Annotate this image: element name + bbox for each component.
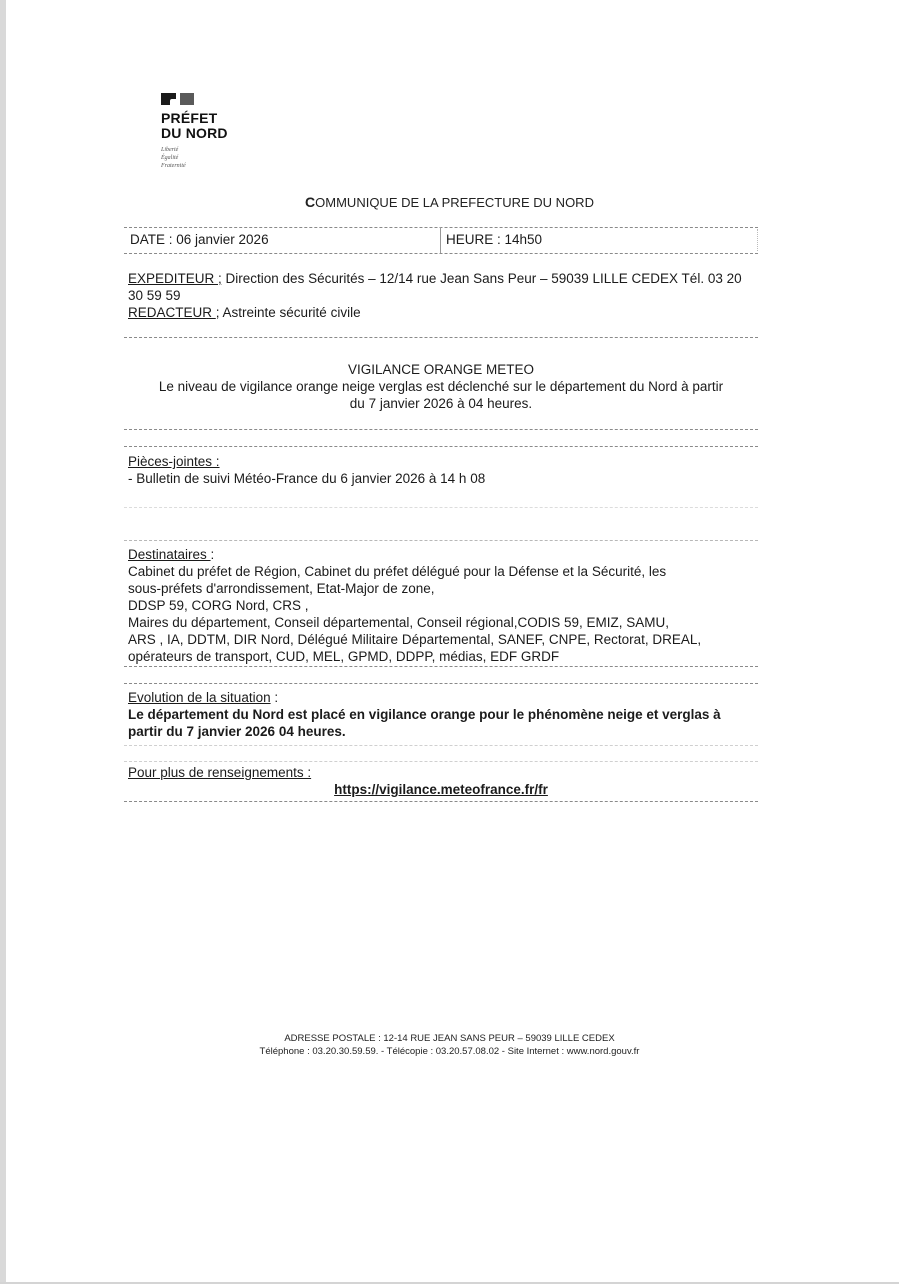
evolution-text-1: Le département du Nord est placé en vigi…	[128, 706, 721, 723]
divider	[124, 446, 758, 447]
footer-contact: Téléphone : 03.20.30.59.59. - Télécopie …	[0, 1045, 899, 1058]
recipients-line: ARS , IA, DDTM, DIR Nord, Délégué Milita…	[128, 631, 701, 648]
divider	[124, 801, 758, 802]
more-info-label: Pour plus de renseignements :	[128, 764, 311, 781]
date-time-table: DATE : 06 janvier 2026 HEURE : 14h50	[124, 227, 758, 253]
recipients-line: opérateurs de transport, CUD, MEL, GPMD,…	[128, 648, 559, 665]
recipients-line: DDSP 59, CORG Nord, CRS ,	[128, 597, 309, 614]
author-line: REDACTEUR ; Astreinte sécurité civile	[128, 304, 361, 321]
recipients-line: Cabinet du préfet de Région, Cabinet du …	[128, 563, 666, 580]
attachment-item: - Bulletin de suivi Météo-France du 6 ja…	[128, 470, 485, 487]
document-page: PRÉFET DU NORD Liberté Égalité Fraternit…	[0, 0, 899, 1284]
alert-text-1: Le niveau de vigilance orange neige verg…	[124, 378, 758, 395]
prefecture-logo: PRÉFET DU NORD Liberté Égalité Fraternit…	[161, 93, 228, 170]
sender-line-2: 30 59 59	[128, 287, 181, 304]
alert-text-2: du 7 janvier 2026 à 04 heures.	[124, 395, 758, 412]
footer-address: ADRESSE POSTALE : 12-14 RUE JEAN SANS PE…	[0, 1032, 899, 1045]
divider	[124, 540, 758, 541]
divider	[124, 745, 758, 746]
recipients-line: sous-préfets d'arrondissement, Etat-Majo…	[128, 580, 434, 597]
evolution-text-2: partir du 7 janvier 2026 04 heures.	[128, 723, 346, 740]
divider	[124, 507, 758, 508]
attachments-label: Pièces-jointes :	[128, 453, 220, 470]
alert-heading: VIGILANCE ORANGE METEO	[124, 361, 758, 378]
table-separator	[440, 227, 441, 253]
logo-motto: Liberté Égalité Fraternité	[161, 146, 228, 170]
marianne-flag-icon	[161, 93, 228, 105]
sender-label: EXPEDITEUR ;	[128, 271, 222, 286]
divider	[124, 666, 758, 667]
divider	[124, 253, 758, 254]
author-label: REDACTEUR	[128, 305, 216, 320]
divider	[124, 683, 758, 684]
time-cell: HEURE : 14h50	[446, 232, 542, 247]
divider	[124, 761, 758, 762]
more-info-link-row: https://vigilance.meteofrance.fr/fr	[124, 781, 758, 798]
document-title: COMMUNIQUE DE LA PREFECTURE DU NORD	[0, 194, 899, 210]
divider	[124, 429, 758, 430]
evolution-label: Evolution de la situation :	[128, 689, 278, 706]
meteofrance-link[interactable]: https://vigilance.meteofrance.fr/fr	[334, 782, 548, 797]
logo-name: PRÉFET DU NORD	[161, 111, 228, 141]
sender-line: EXPEDITEUR ; Direction des Sécurités – 1…	[128, 270, 742, 287]
divider	[124, 337, 758, 338]
recipients-line: Maires du département, Conseil départeme…	[128, 614, 669, 631]
recipients-label: Destinataires :	[128, 546, 214, 563]
date-cell: DATE : 06 janvier 2026	[130, 232, 269, 247]
